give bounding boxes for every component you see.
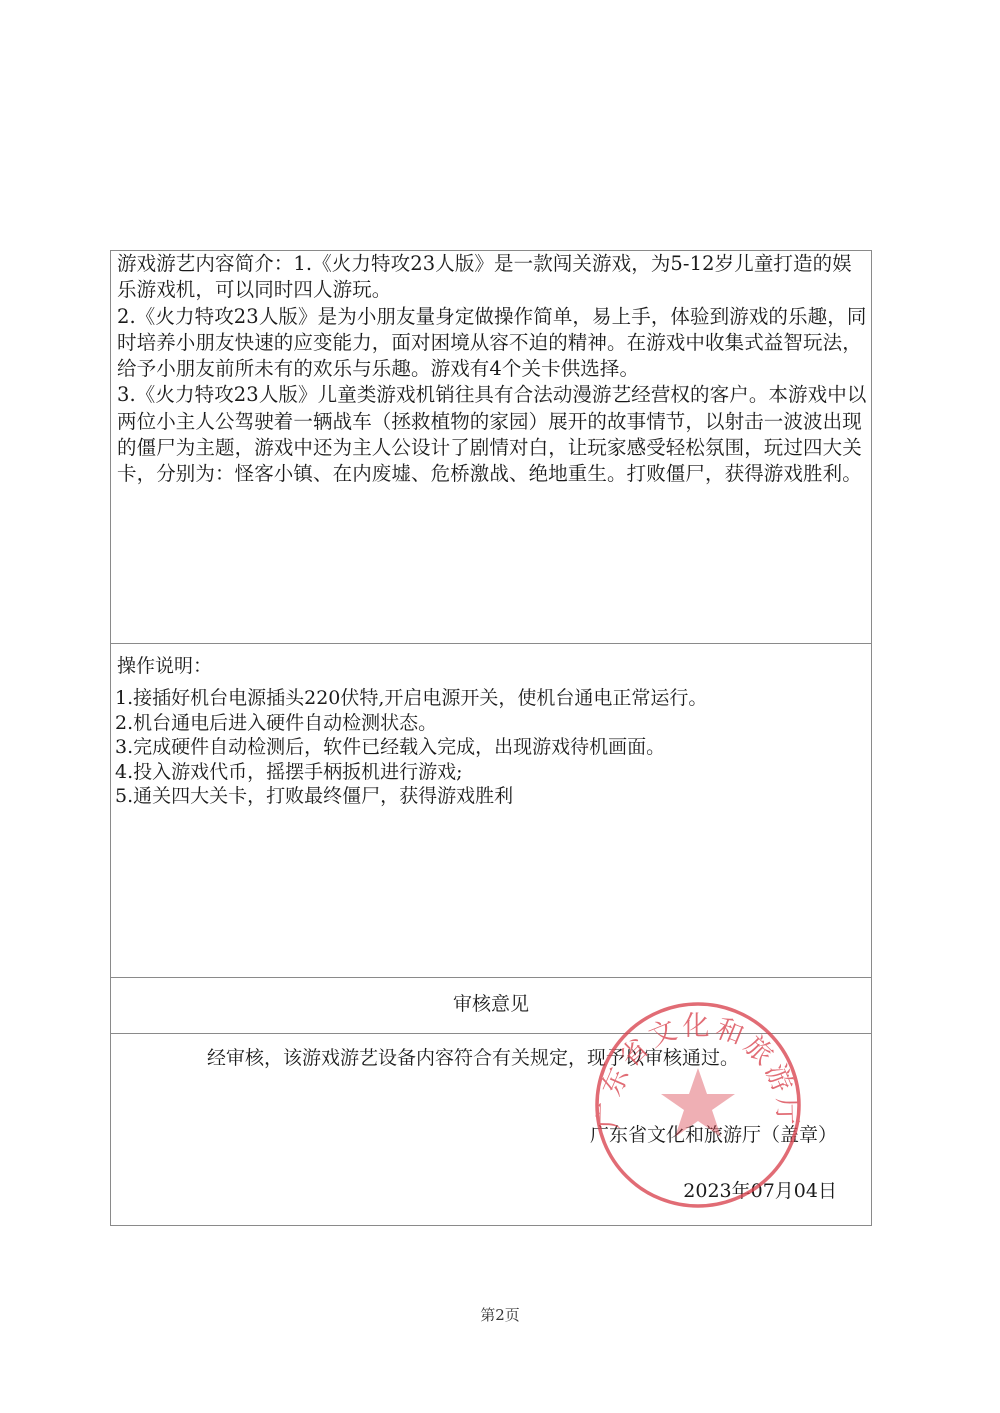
operation-step-4: 4.投入游戏代币，摇摆手柄扳机进行游戏; xyxy=(115,760,707,785)
intro-paragraph-1: 游戏游艺内容简介：1.《火力特攻23人版》是一款闯关游戏，为5-12岁儿童打造的… xyxy=(117,251,869,304)
page-number: 第2页 xyxy=(0,1306,1000,1324)
review-statement: 经审核，该游戏游艺设备内容符合有关规定，现予以审核通过。 xyxy=(207,1046,739,1070)
operation-instructions-section: 操作说明： 1.接插好机台电源插头220伏特,开启电源开关，使机台通电正常运行。… xyxy=(111,644,871,978)
review-authority: 广东省文化和旅游厅（盖章） xyxy=(590,1123,837,1147)
operation-steps-list: 1.接插好机台电源插头220伏特,开启电源开关，使机台通电正常运行。 2.机台通… xyxy=(115,686,707,809)
content-intro-text: 游戏游艺内容简介：1.《火力特攻23人版》是一款闯关游戏，为5-12岁儿童打造的… xyxy=(117,251,869,488)
review-opinion-header: 审核意见 xyxy=(111,978,871,1034)
intro-paragraph-3: 3.《火力特攻23人版》儿童类游戏机销往具有合法动漫游艺经营权的客户。本游戏中以… xyxy=(117,382,869,487)
review-form-table: 游戏游艺内容简介：1.《火力特攻23人版》是一款闯关游戏，为5-12岁儿童打造的… xyxy=(110,250,872,1226)
operation-step-2: 2.机台通电后进入硬件自动检测状态。 xyxy=(115,711,707,736)
review-opinion-body: 经审核，该游戏游艺设备内容符合有关规定，现予以审核通过。 广东省文化和旅游厅（盖… xyxy=(111,1034,871,1225)
intro-paragraph-2: 2.《火力特攻23人版》是为小朋友量身定做操作简单，易上手，体验到游戏的乐趣，同… xyxy=(117,304,869,383)
operation-step-3: 3.完成硬件自动检测后，软件已经载入完成，出现游戏待机画面。 xyxy=(115,735,707,760)
operation-step-5: 5.通关四大关卡，打败最终僵尸，获得游戏胜利 xyxy=(115,784,707,809)
review-opinion-title: 审核意见 xyxy=(111,992,871,1016)
document-page: 游戏游艺内容简介：1.《火力特攻23人版》是一款闯关游戏，为5-12岁儿童打造的… xyxy=(0,0,1000,1413)
review-date: 2023年07月04日 xyxy=(683,1179,837,1203)
content-intro-section: 游戏游艺内容简介：1.《火力特攻23人版》是一款闯关游戏，为5-12岁儿童打造的… xyxy=(111,251,871,644)
operation-instructions-title: 操作说明： xyxy=(117,654,212,678)
operation-step-1: 1.接插好机台电源插头220伏特,开启电源开关，使机台通电正常运行。 xyxy=(115,686,707,711)
